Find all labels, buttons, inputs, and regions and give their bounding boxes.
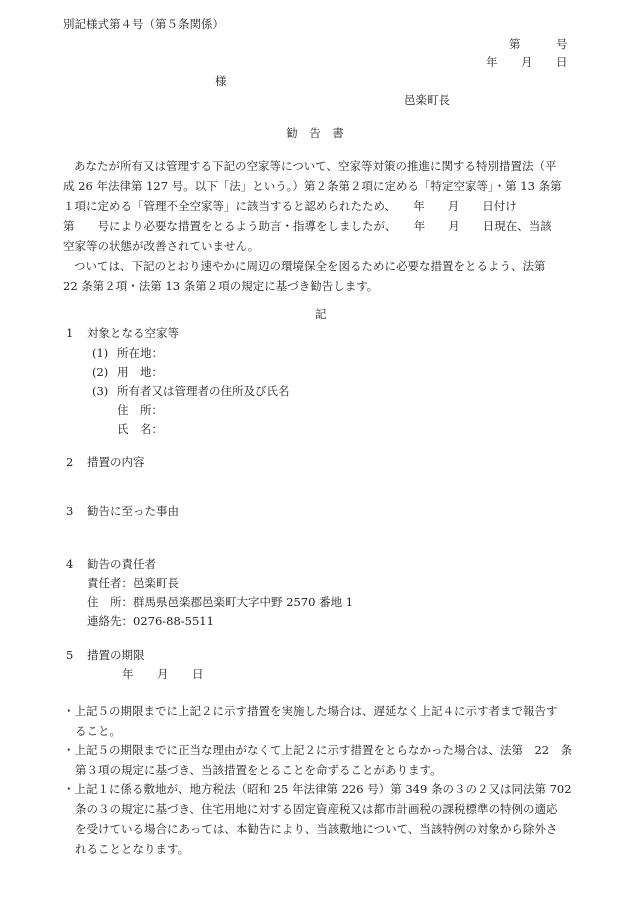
note-line: 上記５の期限までに正当な理由がなくて上記２に示す措置をとらなかった場合は、法第 … <box>75 743 573 757</box>
section-4-title: 勧告の責任者 <box>87 559 156 571</box>
body-line: １項に定める「管理不全空家等」に該当すると認められたため、 年 月 日付け <box>63 196 573 216</box>
issue-date-day: 日 <box>556 57 568 69</box>
owner-address-label: 住 所： <box>117 405 163 417</box>
bullet-dot: ・ <box>63 743 75 757</box>
note-line: 条の３の規定に基づき、住宅用地に対する固定資産税又は都市計画税の課税標準の特例の… <box>63 799 573 819</box>
section-1-item-2-number: (2) <box>92 367 108 379</box>
section-1-title: 対象となる空家等 <box>87 328 179 340</box>
location-label: 所在地： <box>117 348 163 360</box>
note-line: 上記１に係る敷地が、地方税法（昭和 25 年法律第 226 号）第 349 条の… <box>75 782 572 796</box>
responsible-address: 住 所：群馬県邑楽郡邑楽町大字中野 2570 番地 1 <box>87 597 353 609</box>
note-2: ・上記５の期限までに正当な理由がなくて上記２に示す措置をとらなかった場合は、法第… <box>63 740 573 780</box>
deadline-month: 月 <box>157 669 169 681</box>
issuer-name: 邑楽町長 <box>404 95 450 107</box>
section-4-number: 4 <box>66 559 73 571</box>
section-1-item-3-number: (3) <box>92 386 108 398</box>
body-line: 空家等の状態が改善されていません。 <box>63 236 573 256</box>
body-line: あなたが所有又は管理する下記の空家等について、空家等対策の推進に関する特別措置法… <box>63 156 573 176</box>
section-1-number: 1 <box>66 328 73 340</box>
addressee-suffix: 様 <box>215 76 227 88</box>
section-3-number: 3 <box>66 506 73 518</box>
issue-date-year: 年 <box>486 57 498 69</box>
note-line: ること。 <box>63 721 573 741</box>
ki-marker: 記 <box>315 309 327 321</box>
note-3: ・上記１に係る敷地が、地方税法（昭和 25 年法律第 226 号）第 349 条… <box>63 779 573 859</box>
note-line: 上記５の期限までに上記２に示す措置を実施した場合は、遅延なく上記４に示す者まで報… <box>75 704 558 718</box>
section-1-item-1-number: (1) <box>92 348 108 360</box>
owner-name-label: 氏 名： <box>117 424 163 436</box>
section-2-number: 2 <box>66 457 73 469</box>
document-title: 勧 告 書 <box>0 128 630 140</box>
body-line: 22 条第２項・法第 13 条第２項の規定に基づき勧告します。 <box>63 276 573 296</box>
note-line: れることとなります。 <box>63 839 573 859</box>
owner-info-label: 所有者又は管理者の住所及び氏名 <box>117 386 290 398</box>
land-label: 用 地： <box>117 367 163 379</box>
note-1: ・上記５の期限までに上記２に示す措置を実施した場合は、遅延なく上記４に示す者まで… <box>63 701 573 741</box>
body-paragraph-1: あなたが所有又は管理する下記の空家等について、空家等対策の推進に関する特別措置法… <box>63 156 573 256</box>
bullet-dot: ・ <box>63 782 75 796</box>
note-line: 第３項の規定に基づき、当該措置をとることを命ずることがあります。 <box>63 760 573 780</box>
doc-number-suffix: 号 <box>556 39 568 51</box>
bullet-dot: ・ <box>63 704 75 718</box>
body-line: 成 26 年法律第 127 号。以下「法」という。）第２条第２項に定める「特定空… <box>63 176 573 196</box>
section-2-title: 措置の内容 <box>87 457 145 469</box>
deadline-day: 日 <box>192 669 204 681</box>
doc-number-prefix: 第 <box>509 39 521 51</box>
body-paragraph-2: ついては、下記のとおり速やかに周辺の環境保全を図るために必要な措置をとるよう、法… <box>63 256 573 296</box>
form-label: 別記様式第４号（第５条関係） <box>63 19 224 31</box>
section-3-title: 勧告に至った事由 <box>87 506 179 518</box>
responsible-contact: 連絡先：0276-88-5511 <box>87 616 214 628</box>
deadline-year: 年 <box>122 669 134 681</box>
section-5-title: 措置の期限 <box>87 650 145 662</box>
note-line: を受けている場合にあっては、本勧告により、当該敷地について、当該特例の対象から除… <box>63 819 573 839</box>
body-line: ついては、下記のとおり速やかに周辺の環境保全を図るために必要な措置をとるよう、法… <box>63 256 573 276</box>
section-5-number: 5 <box>66 650 73 662</box>
body-line: 第 号により必要な措置をとるよう助言・指導をしましたが、 年 月 日現在、当該 <box>63 216 573 236</box>
responsible-person: 責任者：邑楽町長 <box>87 578 179 590</box>
issue-date-month: 月 <box>521 57 533 69</box>
